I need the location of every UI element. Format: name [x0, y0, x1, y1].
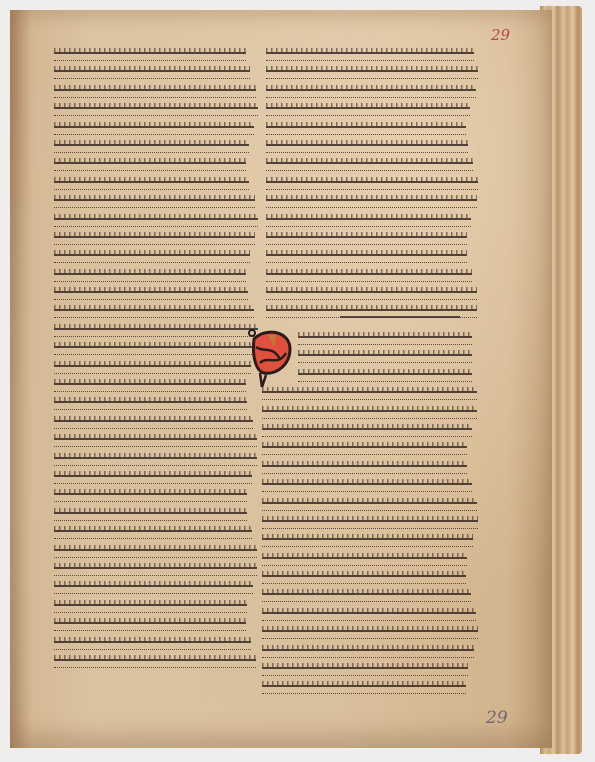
- folio-number-bottom: 29: [486, 708, 508, 728]
- text-line: [266, 83, 486, 101]
- text-line: [54, 377, 266, 395]
- text-line: [262, 643, 486, 661]
- text-line: [262, 624, 486, 642]
- decorated-initial-icon: [246, 323, 294, 389]
- text-line: [266, 138, 486, 156]
- text-line: [54, 46, 266, 64]
- text-line: [262, 459, 486, 477]
- text-line: [266, 212, 486, 230]
- text-line: [54, 64, 266, 82]
- text-line: [266, 248, 486, 266]
- text-line: [262, 330, 486, 348]
- text-line: [262, 606, 486, 624]
- text-line: [54, 579, 266, 597]
- text-line: [54, 303, 266, 321]
- text-line: [54, 230, 266, 248]
- text-line: [266, 175, 486, 193]
- text-line: [54, 653, 266, 671]
- text-line: [54, 285, 266, 303]
- left-text-column: [54, 46, 266, 671]
- text-line: [54, 156, 266, 174]
- text-line: [266, 193, 486, 211]
- text-line: [54, 138, 266, 156]
- text-line: [262, 587, 486, 605]
- section-break-line: [340, 316, 460, 318]
- text-line: [266, 303, 486, 321]
- text-line: [54, 340, 266, 358]
- text-line: [266, 267, 486, 285]
- text-line: [54, 598, 266, 616]
- text-line: [54, 322, 266, 340]
- text-line: [54, 193, 266, 211]
- text-line: [54, 469, 266, 487]
- text-line: [54, 212, 266, 230]
- text-line: [54, 635, 266, 653]
- text-line: [54, 101, 266, 119]
- text-line: [54, 506, 266, 524]
- right-text-column-lower: [262, 330, 486, 698]
- text-line: [54, 83, 266, 101]
- text-line: [54, 120, 266, 138]
- text-line: [262, 551, 486, 569]
- text-line: [262, 514, 486, 532]
- text-line: [54, 432, 266, 450]
- text-line: [266, 46, 486, 64]
- text-line: [54, 267, 266, 285]
- text-line: [266, 156, 486, 174]
- text-line: [54, 451, 266, 469]
- folio-number-top: 29: [491, 26, 510, 44]
- text-line: [262, 661, 486, 679]
- text-line: [262, 532, 486, 550]
- text-line: [54, 487, 266, 505]
- text-line: [262, 404, 486, 422]
- text-line: [54, 175, 266, 193]
- text-line: [262, 348, 486, 366]
- text-line: [266, 101, 486, 119]
- text-line: [262, 440, 486, 458]
- text-line: [262, 679, 486, 697]
- text-line: [262, 569, 486, 587]
- text-line: [262, 422, 486, 440]
- text-line: [54, 524, 266, 542]
- text-line: [262, 385, 486, 403]
- text-line: [54, 414, 266, 432]
- text-line: [262, 367, 486, 385]
- text-line: [262, 496, 486, 514]
- text-line: [266, 285, 486, 303]
- text-line: [54, 248, 266, 266]
- text-line: [54, 561, 266, 579]
- text-line: [266, 230, 486, 248]
- text-line: [54, 395, 266, 413]
- text-line: [54, 616, 266, 634]
- text-line: [266, 120, 486, 138]
- text-line: [54, 359, 266, 377]
- text-line: [262, 477, 486, 495]
- right-text-column-upper: [266, 46, 486, 322]
- text-line: [54, 543, 266, 561]
- text-line: [266, 64, 486, 82]
